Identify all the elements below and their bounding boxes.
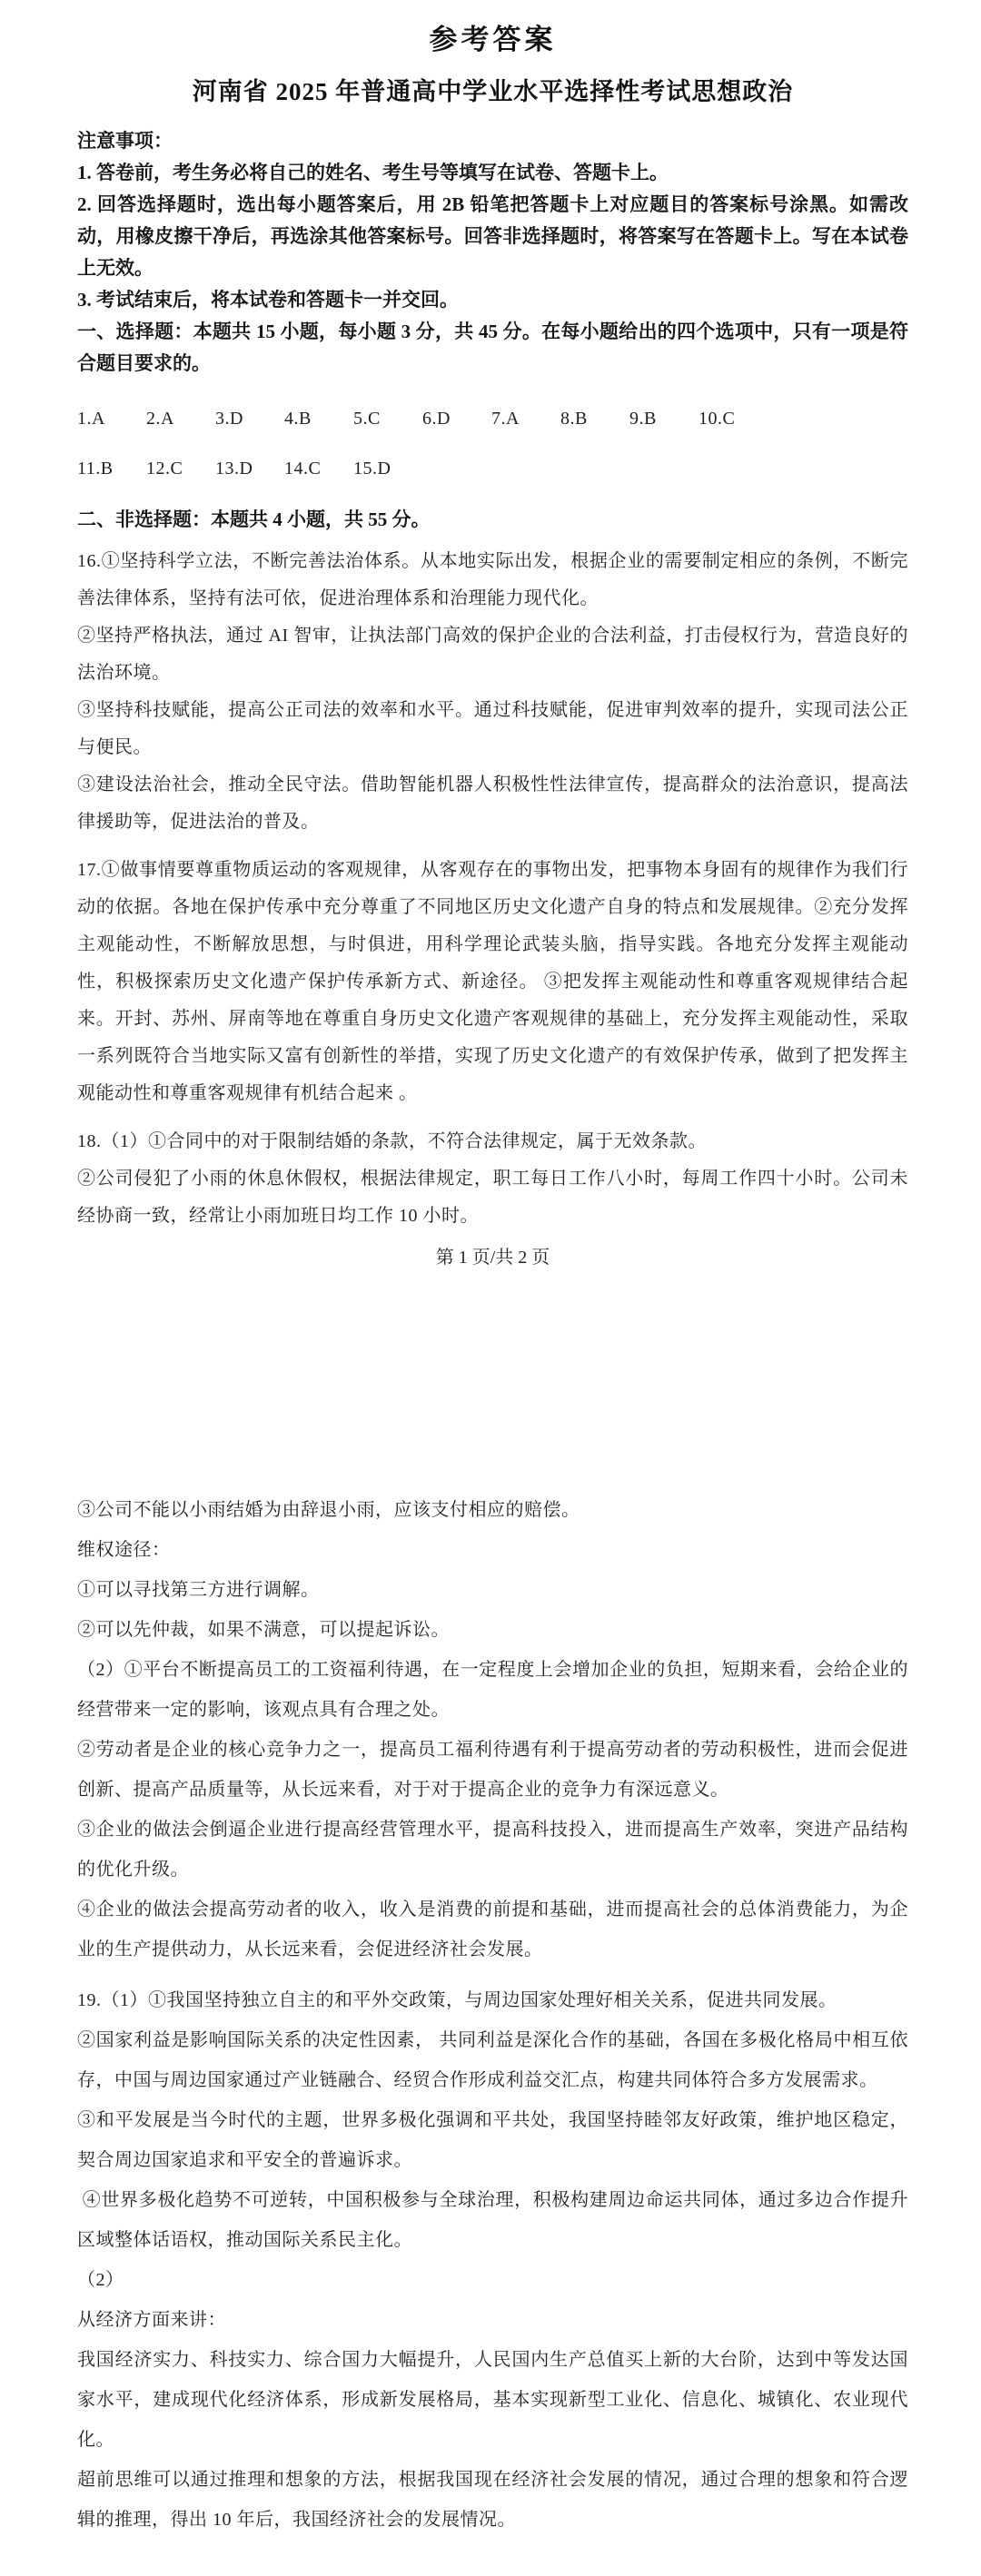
paragraph: ③建设法治社会，推动全民守法。借助智能机器人积极性性法律宣传，提高群众的法治意识… — [77, 766, 908, 841]
answer-item: 5.C — [353, 409, 391, 429]
answer-item: 2.A — [146, 409, 184, 429]
answer-item: 8.B — [560, 409, 599, 429]
document-title: 参考答案 — [77, 16, 908, 57]
answer-item: 3.D — [215, 409, 253, 429]
answer-item: 4.B — [284, 409, 322, 429]
paragraph: 16.①坚持科学立法，不断完善法治体系。从本地实际出发，根据企业的需要制定相应的… — [77, 543, 908, 617]
paragraph: 18.（1）①合同中的对于限制结婚的条款，不符合法律规定，属于无效条款。 — [77, 1123, 908, 1160]
section2-heading: 二、非选择题：本题共 4 小题，共 55 分。 — [77, 505, 908, 532]
paragraph: ③坚持科技赋能，提高公正司法的效率和水平。通过科技赋能，促进审判效率的提升，实现… — [77, 692, 908, 766]
page-1: 参考答案 河南省 2025 年普通高中学业水平选择性考试思想政治 注意事项： 1… — [77, 16, 908, 1268]
note-item: 3. 考试结束后，将本试卷和答题卡一并交回。 — [77, 284, 908, 316]
page-break-gap — [77, 1287, 908, 1479]
notes-heading: 注意事项： — [77, 125, 908, 157]
answer-item: 9.B — [629, 409, 668, 429]
question-16-answer: 16.①坚持科学立法，不断完善法治体系。从本地实际出发，根据企业的需要制定相应的… — [77, 543, 908, 841]
paragraph: 从经济方面来讲： — [77, 2300, 908, 2340]
paragraph: 19.（1）①我国坚持独立自主的和平外交政策，与周边国家处理好相关关系，促进共同… — [77, 1980, 908, 2020]
paragraph: ②国家利益是影响国际关系的决定性因素， 共同利益是深化合作的基础，各国在多极化格… — [77, 2020, 908, 2100]
document-page: 参考答案 河南省 2025 年普通高中学业水平选择性考试思想政治 注意事项： 1… — [0, 0, 981, 2576]
answer-item: 7.A — [491, 409, 530, 429]
answers-row-1: 1.A 2.A 3.D 4.B 5.C 6.D 7.A 8.B 9.B 10.C — [77, 409, 908, 429]
answer-item: 14.C — [284, 459, 322, 479]
paragraph: ④企业的做法会提高劳动者的收入，收入是消费的前提和基础，进而提高社会的总体消费能… — [77, 1890, 908, 1969]
note-item: 1. 答卷前，考生务必将自己的姓名、考生号等填写在试卷、答题卡上。 — [77, 157, 908, 189]
exam-subtitle: 河南省 2025 年普通高中学业水平选择性考试思想政治 — [77, 72, 908, 107]
answer-item: 12.C — [146, 459, 184, 479]
paragraph: 我国经济实力、科技实力、综合国力大幅提升，人民国内生产总值买上新的大台阶，达到中… — [77, 2340, 908, 2460]
note-item: 2. 回答选择题时，选出每小题答案后，用 2B 铅笔把答题卡上对应题目的答案标号… — [77, 189, 908, 284]
answer-item: 1.A — [77, 409, 115, 429]
answers-row-2: 11.B 12.C 13.D 14.C 15.D — [77, 459, 908, 479]
paragraph: ③和平发展是当今时代的主题，世界多极化强调和平共处，我国坚持睦邻友好政策，维护地… — [77, 2100, 908, 2180]
answer-item: 13.D — [215, 459, 253, 479]
question-19-answer: 19.（1）①我国坚持独立自主的和平外交政策，与周边国家处理好相关关系，促进共同… — [77, 1980, 908, 2540]
question-17-answer: 17.①做事情要尊重物质运动的客观规律，从客观存在的事物出发，把事物本身固有的规… — [77, 852, 908, 1112]
paragraph: 17.①做事情要尊重物质运动的客观规律，从客观存在的事物出发，把事物本身固有的规… — [77, 852, 908, 1112]
paragraph: ②坚持严格执法，通过 AI 智审，让执法部门高效的保护企业的合法利益，打击侵权行… — [77, 617, 908, 692]
question-18-answer-part1: 18.（1）①合同中的对于限制结婚的条款，不符合法律规定，属于无效条款。 ②公司… — [77, 1123, 908, 1235]
paragraph: 超前思维可以通过推理和想象的方法，根据我国现在经济社会发展的情况，通过合理的想象… — [77, 2460, 908, 2540]
question-18-answer-part2: ③公司不能以小雨结婚为由辞退小雨，应该支付相应的赔偿。 维权途径： ①可以寻找第… — [77, 1490, 908, 1969]
paragraph: ②劳动者是企业的核心竞争力之一，提高员工福利待遇有利于提高劳动者的劳动积极性，进… — [77, 1730, 908, 1810]
paragraph: ①可以寻找第三方进行调解。 — [77, 1570, 908, 1610]
paragraph: ②可以先仲裁，如果不满意，可以提起诉讼。 — [77, 1610, 908, 1650]
notes-block: 注意事项： 1. 答卷前，考生务必将自己的姓名、考生号等填写在试卷、答题卡上。 … — [77, 125, 908, 380]
answer-item: 6.D — [422, 409, 461, 429]
section1-heading: 一、选择题：本题共 15 小题，每小题 3 分，共 45 分。在每小题给出的四个… — [77, 316, 908, 380]
paragraph: 维权途径： — [77, 1530, 908, 1570]
paragraph: ②公司侵犯了小雨的休息休假权，根据法律规定，职工每日工作八小时，每周工作四十小时… — [77, 1160, 908, 1235]
answer-item: 15.D — [353, 459, 391, 479]
paragraph: （2） — [77, 2260, 908, 2300]
page-2: ③公司不能以小雨结婚为由辞退小雨，应该支付相应的赔偿。 维权途径： ①可以寻找第… — [77, 1490, 908, 2540]
answer-item: 11.B — [77, 459, 115, 479]
paragraph: ④世界多极化趋势不可逆转，中国积极参与全球治理，积极构建周边命运共同体，通过多边… — [77, 2180, 908, 2260]
paragraph: （2）①平台不断提高员工的工资福利待遇，在一定程度上会增加企业的负担，短期来看，… — [77, 1650, 908, 1730]
paragraph: ③公司不能以小雨结婚为由辞退小雨，应该支付相应的赔偿。 — [77, 1490, 908, 1530]
answer-item: 10.C — [699, 409, 737, 429]
page-footer: 第 1 页/共 2 页 — [77, 1242, 908, 1268]
paragraph: ③企业的做法会倒逼企业进行提高经营管理水平，提高科技投入，进而提高生产效率，突进… — [77, 1810, 908, 1890]
